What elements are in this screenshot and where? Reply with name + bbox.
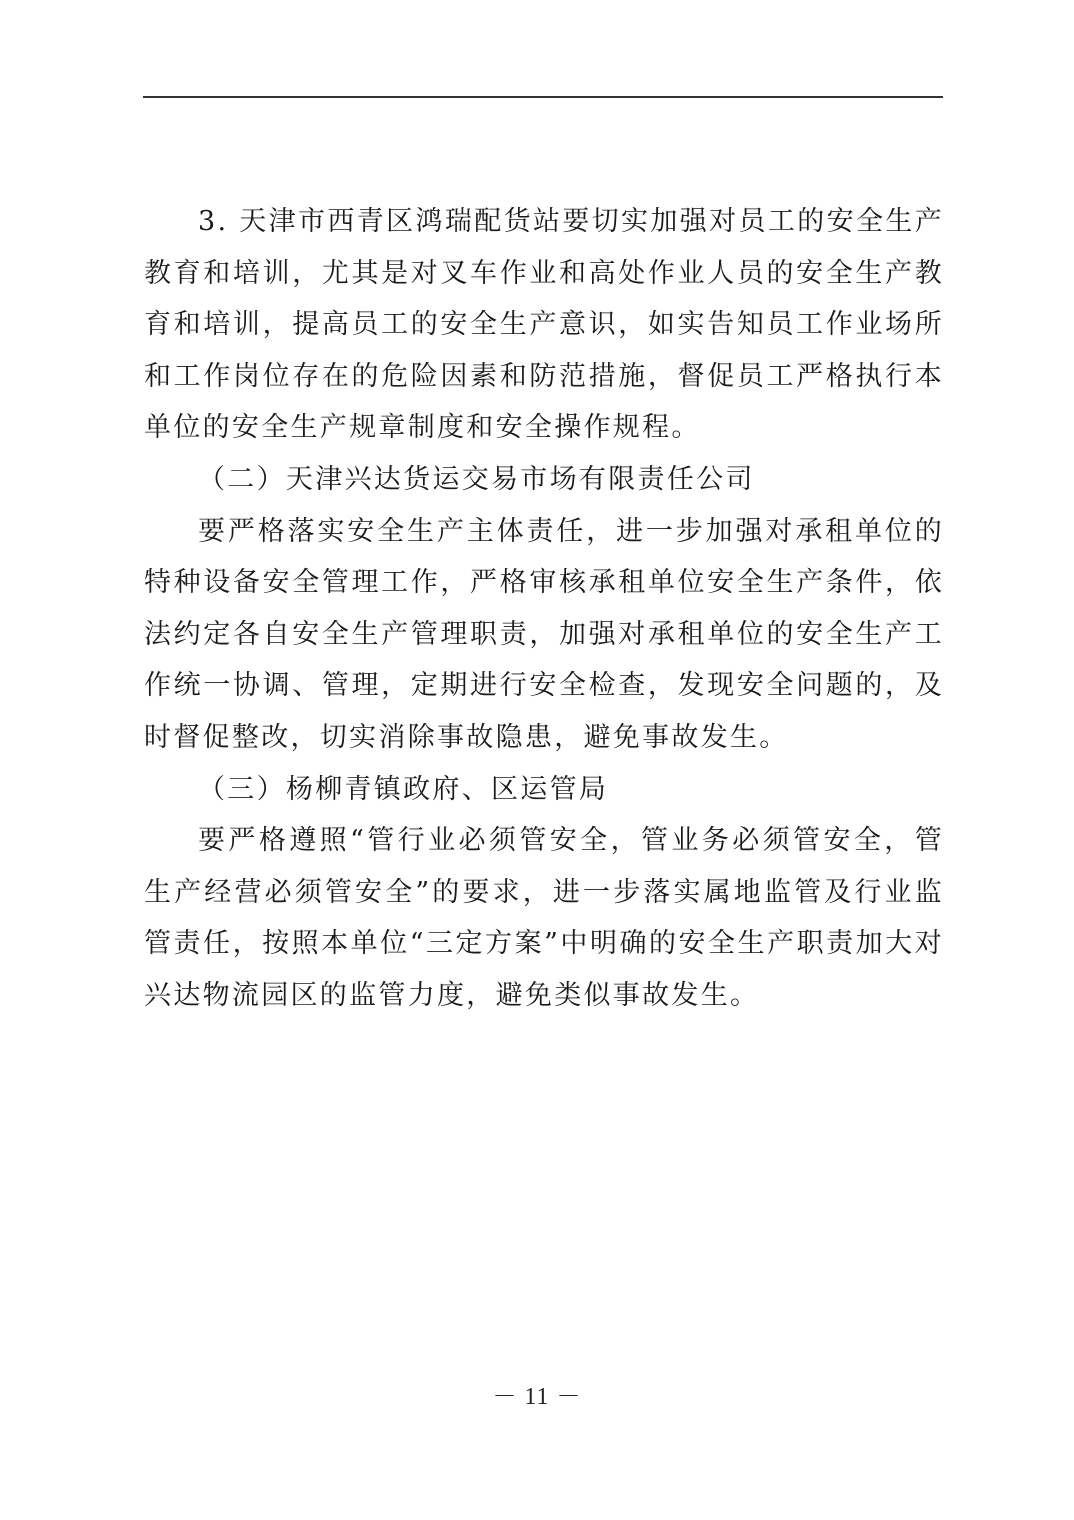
paragraph-yangliuqing-requirements: 要严格遵照“管行业必须管安全，管业务必须管安全，管生产经营必须管安全”的要求，进… [144,815,944,1021]
document-body: 3. 天津市西青区鸿瑞配货站要切实加强对员工的安全生产教育和培训，尤其是对叉车作… [144,196,944,1022]
section-heading-3-yangliuqing: （三）杨柳青镇政府、区运管局 [144,764,944,816]
page-number: － 11 － [0,1376,1074,1411]
paragraph-item-3-hongrui: 3. 天津市西青区鸿瑞配货站要切实加强对员工的安全生产教育和培训，尤其是对叉车作… [144,196,944,454]
section-heading-2-xingda: （二）天津兴达货运交易市场有限责任公司 [144,454,944,506]
paragraph-xingda-requirements: 要严格落实安全生产主体责任，进一步加强对承租单位的特种设备安全管理工作，严格审核… [144,506,944,764]
header-rule [143,96,943,98]
